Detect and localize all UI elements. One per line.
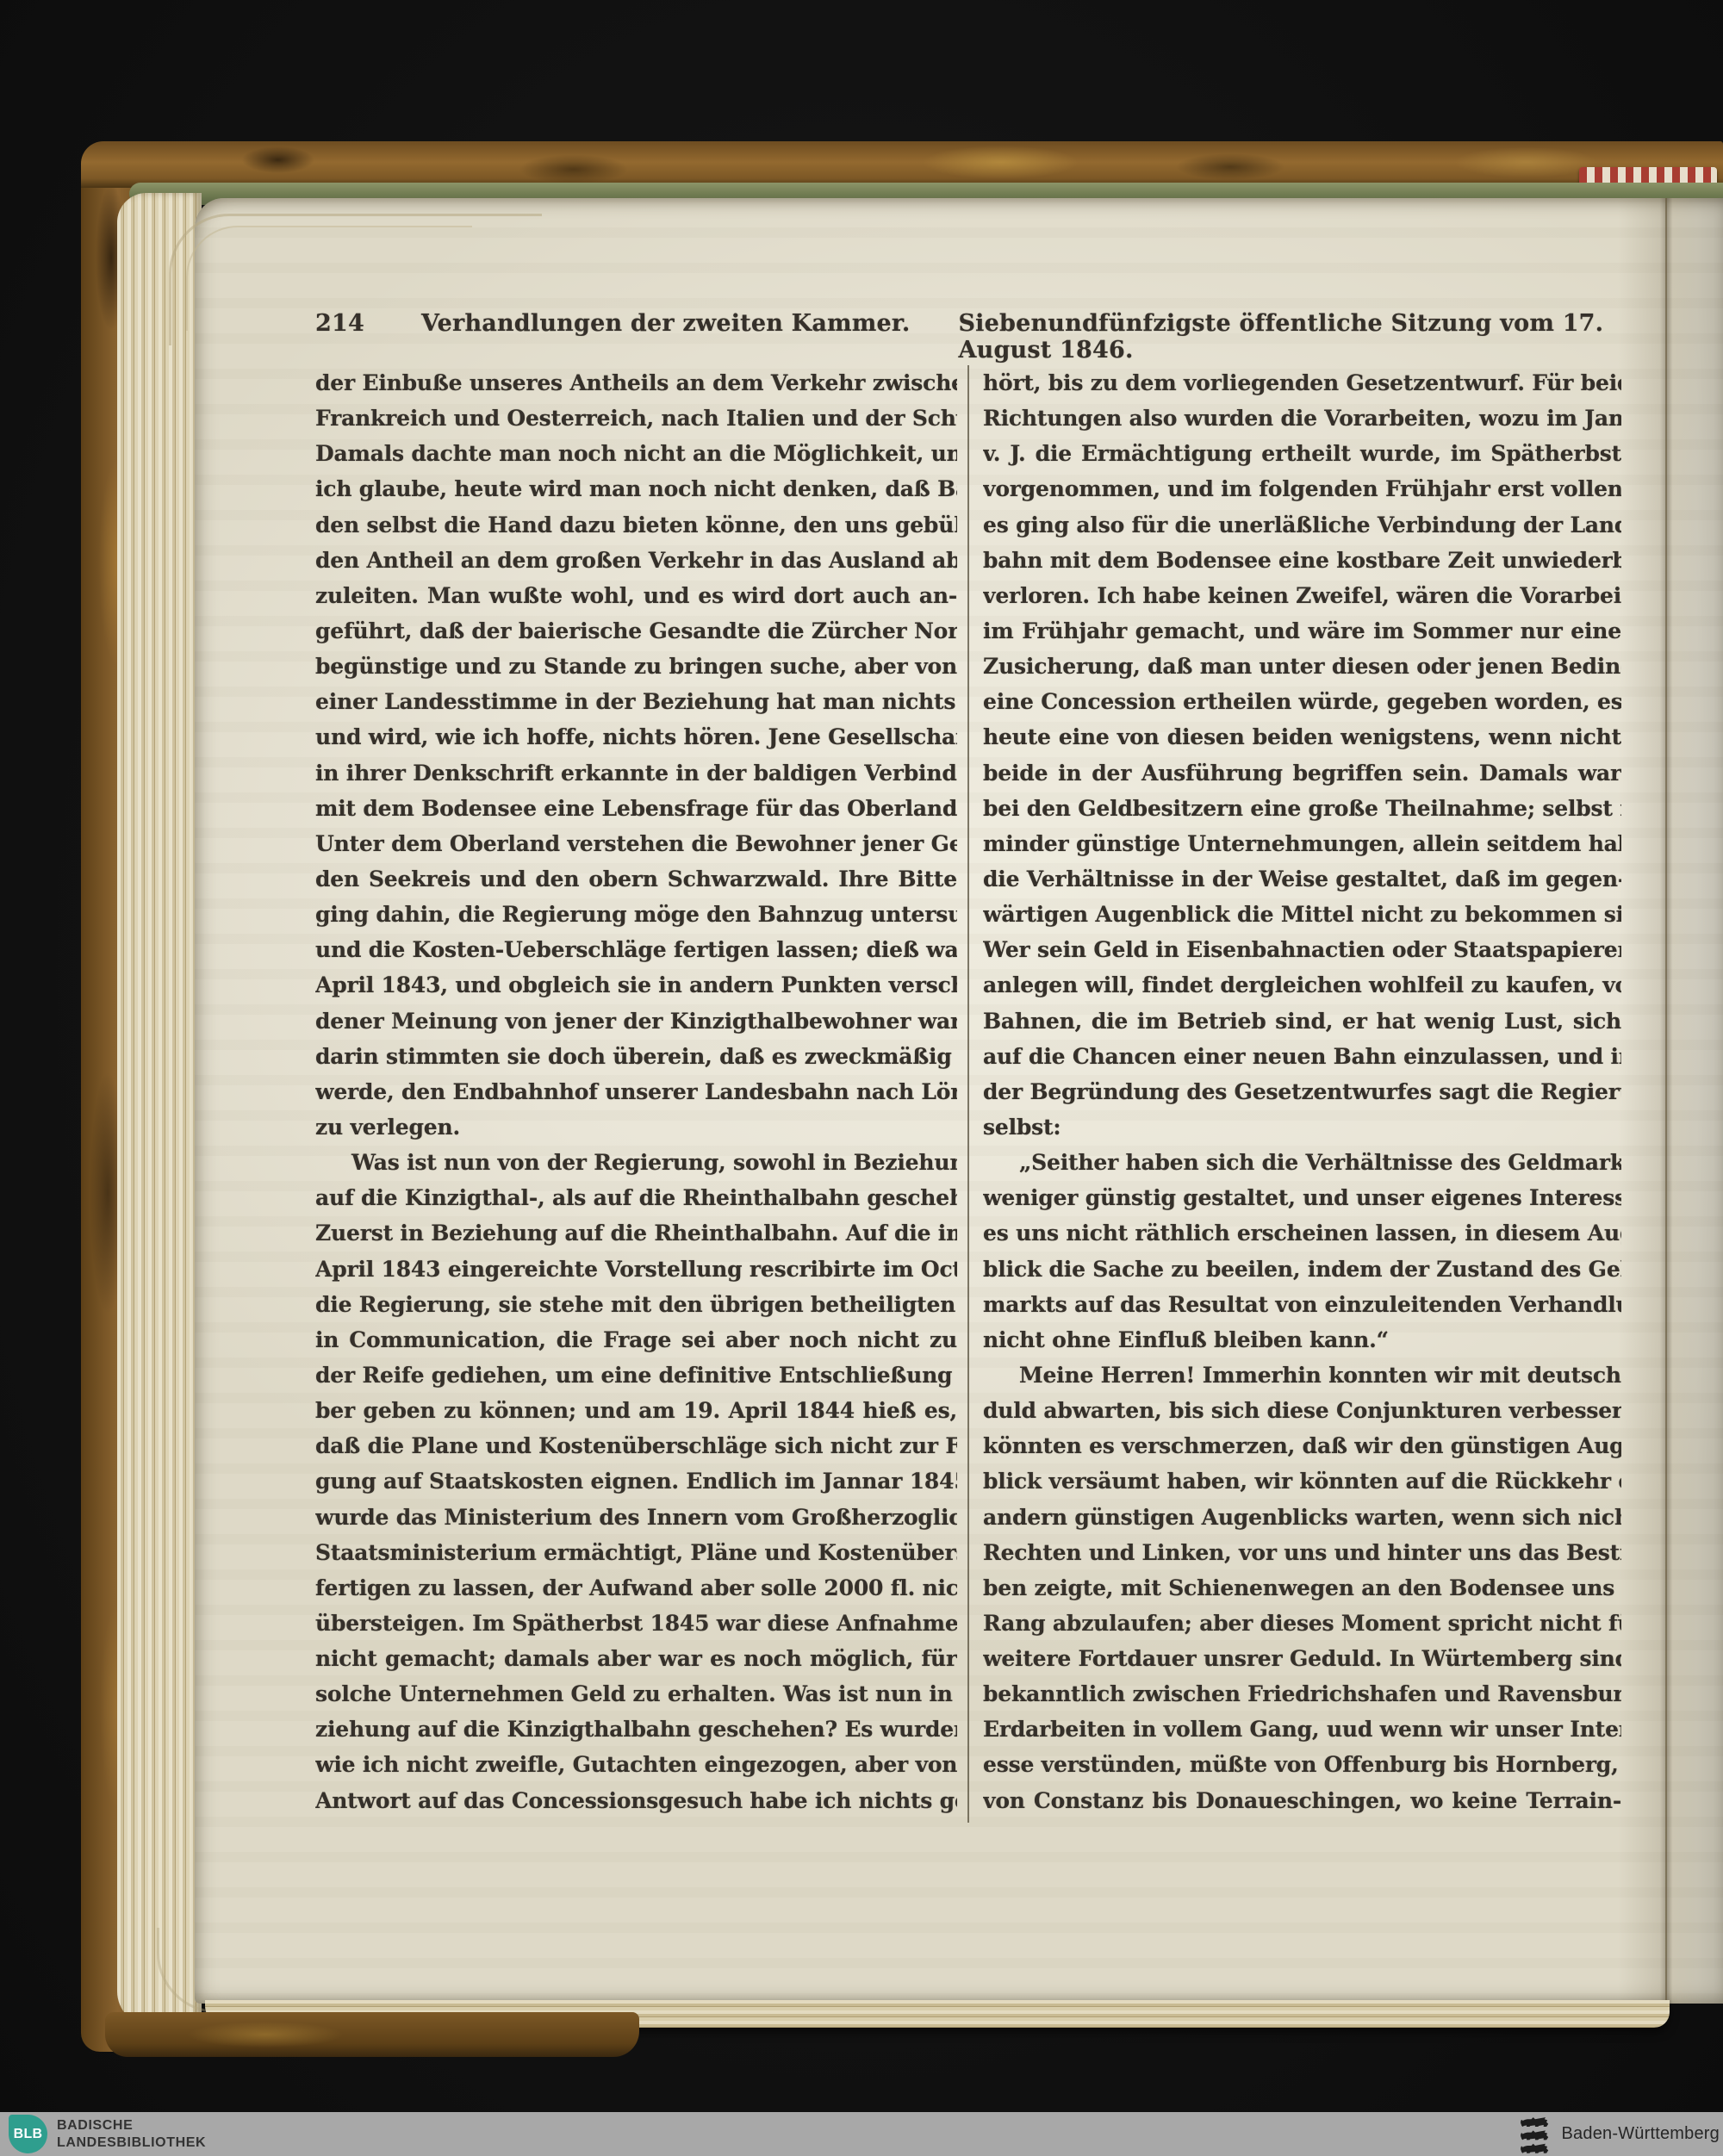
text-line: „Seither haben sich die Verhältnisse des…: [983, 1145, 1621, 1180]
text-line: anlegen will, findet dergleichen wohlfei…: [983, 967, 1621, 1003]
text-line: andern günstigen Augenblicks warten, wen…: [983, 1500, 1621, 1535]
text-line: Zusicherung, daß man unter diesen oder j…: [983, 649, 1621, 684]
text-line: heute eine von diesen beiden wenigstens,…: [983, 719, 1621, 755]
text-line: und wird, wie ich hoffe, nichts hören. J…: [315, 719, 957, 755]
text-line: und die Kosten-Ueberschläge fertigen las…: [315, 932, 957, 967]
text-line: fertigen zu lassen, der Aufwand aber sol…: [315, 1570, 957, 1606]
text-line: dener Meinung von jener der Kinzigthalbe…: [315, 1003, 957, 1039]
text-line: die Verhältnisse in der Weise gestaltet,…: [983, 861, 1621, 897]
text-line: Wer sein Geld in Eisenbahnactien oder St…: [983, 932, 1621, 967]
text-line: es uns nicht räthlich erscheinen lassen,…: [983, 1215, 1621, 1251]
text-column-right: hört, bis zu dem vorliegenden Gesetzentw…: [983, 365, 1621, 1818]
text-line: blick die Sache zu beeilen, indem der Zu…: [983, 1252, 1621, 1287]
text-line: nicht gemacht; damals aber war es noch m…: [315, 1641, 957, 1676]
column-divider-rule: [967, 365, 969, 1823]
text-line: geführt, daß der baierische Gesandte die…: [315, 613, 957, 649]
text-line: esse verstünden, müßte von Offenburg bis…: [983, 1747, 1621, 1782]
text-column-left: der Einbuße unseres Antheils an dem Verk…: [315, 365, 957, 1818]
text-line: mit dem Bodensee eine Lebensfrage für da…: [315, 791, 957, 826]
text-line: der Reife gediehen, um eine definitive E…: [315, 1358, 957, 1393]
page-fore-edge-stack: [117, 193, 202, 2026]
text-line: den selbst die Hand dazu bieten könne, d…: [315, 507, 957, 543]
book-gutter-shadow: [1618, 198, 1723, 2004]
text-line: gung auf Staatskosten eignen. Endlich im…: [315, 1463, 957, 1499]
text-line: ziehung auf die Kinzigthalbahn geschehen…: [315, 1712, 957, 1747]
text-line: duld abwarten, bis sich diese Conjunktur…: [983, 1393, 1621, 1428]
text-line: Zuerst in Beziehung auf die Rheinthalbah…: [315, 1215, 957, 1251]
text-line: einer Landesstimme in der Beziehung hat …: [315, 684, 957, 719]
text-line: vorgenommen, und im folgenden Frühjahr e…: [983, 471, 1621, 506]
text-line: Damals dachte man noch nicht an die Mögl…: [315, 436, 957, 471]
page-running-header: 214 Verhandlungen der zweiten Kammer. Si…: [315, 310, 1621, 345]
text-line: selbst:: [983, 1109, 1621, 1145]
text-line: Antwort auf das Concessionsgesuch habe i…: [315, 1783, 957, 1818]
text-line: zuleiten. Man wußte wohl, und es wird do…: [315, 578, 957, 613]
text-line: der Einbuße unseres Antheils an dem Verk…: [315, 365, 957, 401]
text-line: verloren. Ich habe keinen Zweifel, wären…: [983, 578, 1621, 613]
text-line: zu verlegen.: [315, 1109, 957, 1145]
baden-wuerttemberg-coat-of-arms-icon: [1519, 2116, 1553, 2156]
text-line: nicht ohne Einfluß bleiben kann.“: [983, 1322, 1621, 1358]
text-line: April 1843, und obgleich sie in andern P…: [315, 967, 957, 1003]
text-line: im Frühjahr gemacht, und wäre im Sommer …: [983, 613, 1621, 649]
text-line: Was ist nun von der Regierung, sowohl in…: [315, 1145, 957, 1180]
text-line: wie ich nicht zweifle, Gutachten eingezo…: [315, 1747, 957, 1782]
text-line: hört, bis zu dem vorliegenden Gesetzentw…: [983, 365, 1621, 401]
text-line: darin stimmten sie doch überein, daß es …: [315, 1039, 957, 1074]
text-line: v. J. die Ermächtigung ertheilt wurde, i…: [983, 436, 1621, 471]
text-line: den Antheil an dem großen Verkehr in das…: [315, 543, 957, 578]
text-line: beide in der Ausführung begriffen sein. …: [983, 755, 1621, 791]
scanned-book-viewer: 214 Verhandlungen der zweiten Kammer. Si…: [0, 0, 1723, 2156]
text-line: blick versäumt haben, wir könnten auf di…: [983, 1463, 1621, 1499]
book-cover-top-edge: [81, 141, 1723, 188]
text-line: wurde das Ministerium des Innern vom Gro…: [315, 1500, 957, 1535]
text-line: von Constanz bis Donaueschingen, wo kein…: [983, 1783, 1621, 1818]
text-line: Rang abzulaufen; aber dieses Moment spri…: [983, 1606, 1621, 1641]
library-name-line1: BADISCHE: [57, 2117, 206, 2134]
text-line: werde, den Endbahnhof unserer Landesbahn…: [315, 1074, 957, 1109]
text-line: weitere Fortdauer unsrer Geduld. In Würt…: [983, 1641, 1621, 1676]
text-line: Erdarbeiten in vollem Gang, uud wenn wir…: [983, 1712, 1621, 1747]
session-caption: Siebenundfünfzigste öffentliche Sitzung …: [958, 310, 1621, 363]
text-line: Bahnen, die im Betrieb sind, er hat weni…: [983, 1003, 1621, 1039]
text-line: Richtungen also wurden die Vorarbeiten, …: [983, 401, 1621, 436]
text-line: auf die Kinzigthal-, als auf die Rheinth…: [315, 1180, 957, 1215]
text-line: es ging also für die unerläßliche Verbin…: [983, 507, 1621, 543]
library-name-line2: LANDESBIBLIOTHEK: [57, 2134, 206, 2152]
text-line: in ihrer Denkschrift erkannte in der bal…: [315, 755, 957, 791]
text-line: die Regierung, sie stehe mit den übrigen…: [315, 1287, 957, 1322]
text-line: ber geben zu können; und am 19. April 18…: [315, 1393, 957, 1428]
text-line: Meine Herren! Immerhin konnten wir mit d…: [983, 1358, 1621, 1393]
text-line: wärtigen Augenblick die Mittel nicht zu …: [983, 897, 1621, 932]
text-line: Unter dem Oberland verstehen die Bewohne…: [315, 826, 957, 861]
text-line: ich glaube, heute wird man noch nicht de…: [315, 471, 957, 506]
region-name: Baden-Württemberg: [1562, 2124, 1720, 2144]
text-line: daß die Plane und Kostenüberschläge sich…: [315, 1428, 957, 1463]
text-line: auf die Chancen einer neuen Bahn einzula…: [983, 1039, 1621, 1074]
text-line: begünstige und zu Stande zu bringen such…: [315, 649, 957, 684]
text-line: bekanntlich zwischen Friedrichshafen und…: [983, 1676, 1621, 1712]
text-line: bei den Geldbesitzern eine große Theilna…: [983, 791, 1621, 826]
blb-library-logo-icon: BLB: [9, 2115, 47, 2153]
text-line: Frankreich und Oesterreich, nach Italien…: [315, 401, 957, 436]
book-cover-bottom-edge: [105, 2012, 639, 2057]
text-line: den Seekreis und den obern Schwarzwald. …: [315, 861, 957, 897]
text-line: eine Concession ertheilen würde, gegeben…: [983, 684, 1621, 719]
text-line: Staatsministerium ermächtigt, Pläne und …: [315, 1535, 957, 1570]
text-line: der Begründung des Gesetzentwurfes sagt …: [983, 1074, 1621, 1109]
text-line: ging dahin, die Regierung möge den Bahnz…: [315, 897, 957, 932]
book-gutter-fold-line: [1665, 198, 1667, 2004]
chamber-title: Verhandlungen der zweiten Kammer.: [421, 310, 911, 337]
text-line: minder günstige Unternehmungen, allein s…: [983, 826, 1621, 861]
text-line: in Communication, die Frage sei aber noc…: [315, 1322, 957, 1358]
library-name: BADISCHE LANDESBIBLIOTHEK: [57, 2117, 206, 2152]
text-line: weniger günstig gestaltet, und unser eig…: [983, 1180, 1621, 1215]
page-number: 214: [315, 310, 364, 337]
text-line: solche Unternehmen Geld zu erhalten. Was…: [315, 1676, 957, 1712]
text-line: ben zeigte, mit Schienenwegen an den Bod…: [983, 1570, 1621, 1606]
text-line: übersteigen. Im Spätherbst 1845 war dies…: [315, 1606, 957, 1641]
text-line: könnten es verschmerzen, daß wir den gün…: [983, 1428, 1621, 1463]
blb-logo-text: BLB: [14, 2127, 43, 2142]
text-line: bahn mit dem Bodensee eine kostbare Zeit…: [983, 543, 1621, 578]
text-line: Rechten und Linken, vor uns und hinter u…: [983, 1535, 1621, 1570]
text-line: markts auf das Resultat von einzuleitend…: [983, 1287, 1621, 1322]
digitization-footer-bar: BLB BADISCHE LANDESBIBLIOTHEK Baden-Würt…: [0, 2112, 1723, 2156]
region-branding: Baden-Württemberg: [1519, 2112, 1720, 2156]
text-line: April 1843 eingereichte Vorstellung resc…: [315, 1252, 957, 1287]
